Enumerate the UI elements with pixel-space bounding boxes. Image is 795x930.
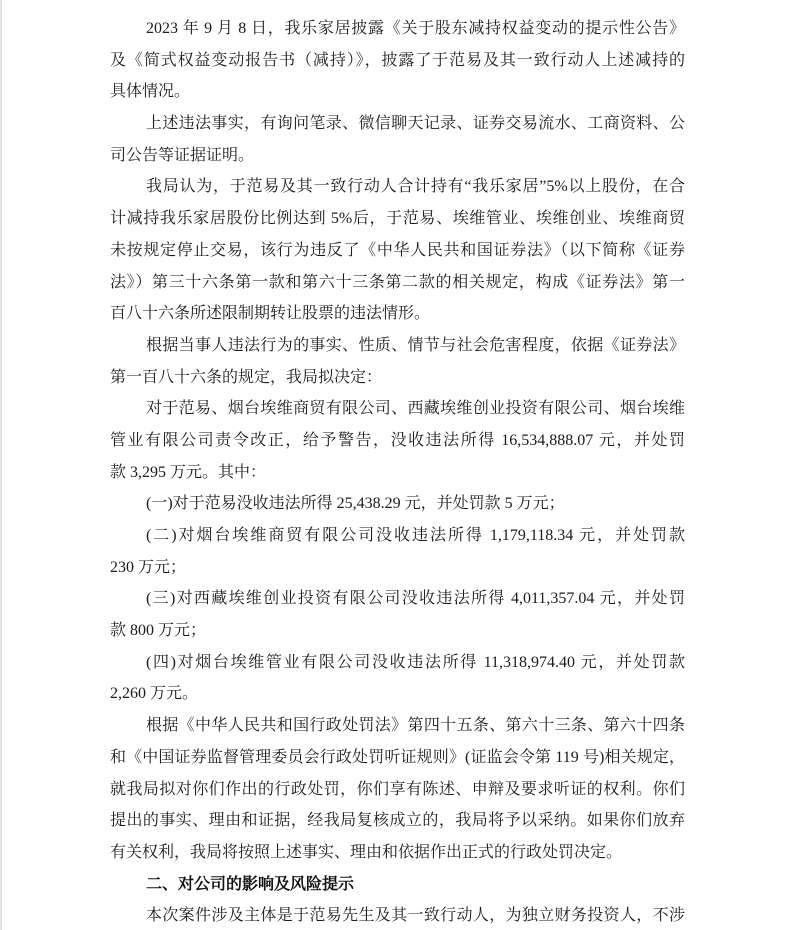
document-page: 2023 年 9 月 8 日，我乐家居披露《关于股东减持权益变动的提示性公告》及… (0, 0, 795, 930)
text-line: 管业有限公司责令改正，给予警告，没收违法所得 16,534,888.07 元，并… (110, 425, 685, 457)
text-line: 本次案件涉及主体是于范易先生及其一致行动人，为独立财务投资人，不涉 (110, 900, 685, 930)
text-line: (一)对于范易没收违法所得 25,438.29 元，并处罚款 5 万元； (110, 488, 685, 520)
text-line: 根据当事人违法行为的事实、性质、情节与社会危害程度，依据《证券法》 (110, 330, 685, 362)
text-line: 计减持我乐家居股份比例达到 5%后，于范易、埃维管业、埃维创业、埃维商贸 (110, 203, 685, 235)
text-line: 230 万元； (110, 552, 685, 584)
text-line: 我局认为，于范易及其一致行动人合计持有“我乐家居”5%以上股份，在合 (110, 171, 685, 203)
text-line: 就我局拟对你们作出的行政处罚，你们享有陈述、申辩及要求听证的权利。你们 (110, 774, 685, 806)
text-line: 和《中国证券监督管理委员会行政处罚听证规则》(证监会令第 119 号)相关规定， (110, 742, 685, 774)
text-line: 百八十六条所述限制期转让股票的违法情形。 (110, 298, 685, 330)
text-line: 上述违法事实，有询问笔录、微信聊天记录、证券交易流水、工商资料、公 (110, 108, 685, 140)
text-line: 2023 年 9 月 8 日，我乐家居披露《关于股东减持权益变动的提示性公告》 (110, 13, 685, 45)
text-line: 司公告等证据证明。 (110, 140, 685, 172)
document-text: 2023 年 9 月 8 日，我乐家居披露《关于股东减持权益变动的提示性公告》及… (110, 13, 685, 930)
text-line: (三)对西藏埃维创业投资有限公司没收违法所得 4,011,357.04 元，并处… (110, 583, 685, 615)
text-line: 具体情况。 (110, 76, 685, 108)
text-line: 有关权利，我局将按照上述事实、理由和依据作出正式的行政处罚决定。 (110, 837, 685, 869)
text-line: 第一百八十六条的规定，我局拟决定： (110, 362, 685, 394)
text-line: 2,260 万元。 (110, 678, 685, 710)
page-left-edge (0, 0, 2, 930)
text-line: 法》）第三十六条第一款和第六十三条第二款的相关规定，构成《证券法》第一 (110, 267, 685, 299)
text-line: 提出的事实、理由和证据，经我局复核成立的，我局将予以采纳。如果你们放弃 (110, 805, 685, 837)
section-heading: 二、对公司的影响及风险提示 (110, 869, 685, 901)
text-line: 根据《中华人民共和国行政处罚法》第四十五条、第六十三条、第六十四条 (110, 710, 685, 742)
text-line: 款 3,295 万元。其中： (110, 457, 685, 489)
text-line: (二)对烟台埃维商贸有限公司没收违法所得 1,179,118.34 元，并处罚款 (110, 520, 685, 552)
text-line: (四)对烟台埃维管业有限公司没收违法所得 11,318,974.40 元，并处罚… (110, 647, 685, 679)
text-line: 款 800 万元； (110, 615, 685, 647)
text-line: 及《简式权益变动报告书（减持）》，披露了于范易及其一致行动人上述减持的 (110, 45, 685, 77)
text-line: 未按规定停止交易，该行为违反了《中华人民共和国证券法》（以下简称《证券 (110, 235, 685, 267)
text-line: 对于范易、烟台埃维商贸有限公司、西藏埃维创业投资有限公司、烟台埃维 (110, 393, 685, 425)
